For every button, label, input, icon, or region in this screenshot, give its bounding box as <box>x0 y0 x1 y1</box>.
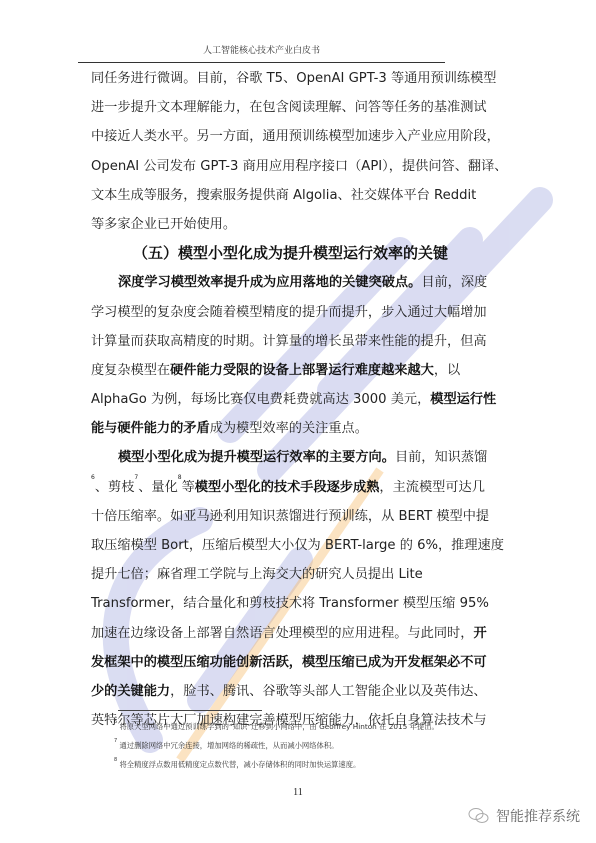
footnote-8: 8 将全精度浮点数用低精度定点数代替，减小存储体积的同时加快运算速度。 <box>114 755 534 774</box>
text-span: 目前，知识蒸馏 <box>395 443 487 472</box>
footnote-number: 6 <box>114 719 117 725</box>
text-line: 取压缩模型 Bort，压缩后模型大小仅为 BERT-large 的 6%，推理速… <box>91 531 506 560</box>
text-line: 6、剪枝7、量化8等模型小型化的技术手段逐步成熟，主流模型可达几 <box>91 473 506 502</box>
emphasis-text: 模型小型化的技术手段逐步成熟 <box>195 473 380 502</box>
footnote-number: 7 <box>114 738 117 744</box>
text-line: 计算量而获取高精度的时期。计算量的增长虽带来性能的提升，但高 <box>91 327 506 356</box>
footnotes: 6 将原大型网络中通过预训练学到的“知识”迁移到小网络中，由 Geoffrey … <box>114 717 534 774</box>
text-span: 、剪枝 <box>95 473 135 502</box>
text-span: 、量化 <box>138 473 178 502</box>
text-span: 加速在边缘设备上部署自然语言处理模型的应用进程。与此同时， <box>91 619 473 648</box>
emphasis-text: 开 <box>473 619 486 648</box>
wechat-account-name: 智能推荐系统 <box>496 806 580 826</box>
text-line: 同任务进行微调。目前，谷歌 T5、OpenAI GPT-3 等通用预训练模型 <box>91 64 506 93</box>
text-line: OpenAI 公司发布 GPT-3 商用应用程序接口（API），提供问答、翻译、 <box>91 152 506 181</box>
text-line: 进一步提升文本理解能力，在包含阅读理解、问答等任务的基准测试 <box>91 93 506 122</box>
text-line: 中接近人类水平。另一方面，通用预训练模型加速步入产业应用阶段， <box>91 122 506 151</box>
text-line: 模型小型化成为提升模型运行效率的主要方向。目前，知识蒸馏 <box>91 443 506 472</box>
text-line: 学习模型的复杂度会随着模型精度的提升而提升，步入通过大幅增加 <box>91 298 506 327</box>
emphasis-text: 深度学习模型效率提升成为应用落地的关键突破点。 <box>118 268 421 297</box>
text-line: 提升七倍；麻省理工学院与上海交大的研究人员提出 Lite <box>91 560 506 589</box>
text-line: 十倍压缩率。如亚马逊利用知识蒸馏进行预训练，从 BERT 模型中提 <box>91 502 506 531</box>
text-line: 少的关键能力，脸书、腾讯、谷歌等头部人工智能企业以及英伟达、 <box>91 677 506 706</box>
footnote-text: 通过删除网络中冗余连接，增加网络的稀疏性，从而减小网络体积。 <box>120 741 339 750</box>
text-span: ，以 <box>434 356 460 385</box>
wechat-watermark: 智能推荐系统 <box>468 806 580 826</box>
text-line: 发框架中的模型压缩功能创新活跃，模型压缩已成为开发框架必不可 <box>91 648 506 677</box>
emphasis-text: 硬件能力受限的设备上部署运行难度越来越大 <box>170 356 434 385</box>
text-span: ，脸书、腾讯、谷歌等头部人工智能企业以及英伟达、 <box>170 677 487 706</box>
footnote-number: 8 <box>114 757 117 763</box>
text-line: 加速在边缘设备上部署自然语言处理模型的应用进程。与此同时，开 <box>91 619 506 648</box>
text-line: 深度学习模型效率提升成为应用落地的关键突破点。目前，深度 <box>91 268 506 297</box>
footnote-7: 7 通过删除网络中冗余连接，增加网络的稀疏性，从而减小网络体积。 <box>114 736 534 755</box>
section-heading: （五）模型小型化成为提升模型运行效率的关键 <box>91 239 506 268</box>
emphasis-text: 少的关键能力 <box>91 677 170 706</box>
footnote-6: 6 将原大型网络中通过预训练学到的“知识”迁移到小网络中，由 Geoffrey … <box>114 717 534 736</box>
text-span: 成为模型效率的关注重点。 <box>210 414 368 443</box>
text-span: AlphaGo 为例，每场比赛仅电费耗费就高达 3000 美元， <box>91 385 430 414</box>
page-number: 11 <box>0 787 596 798</box>
text-span: 度复杂模型在 <box>91 356 170 385</box>
text-line: 度复杂模型在硬件能力受限的设备上部署运行难度越来越大，以 <box>91 356 506 385</box>
text-span: 等 <box>182 473 195 502</box>
text-line: 能与硬件能力的矛盾成为模型效率的关注重点。 <box>91 414 506 443</box>
wechat-icon <box>468 807 490 825</box>
emphasis-text: 能与硬件能力的矛盾 <box>91 414 210 443</box>
text-line: Transformer，结合量化和剪枝技术将 Transformer 模型压缩 … <box>91 589 506 618</box>
footnote-text: 将原大型网络中通过预训练学到的“知识”迁移到小网络中，由 Geoffrey Hi… <box>120 722 439 731</box>
footnote-text: 将全精度浮点数用低精度定点数代替，减小存储体积的同时加快运算速度。 <box>120 760 361 769</box>
emphasis-text: 模型小型化成为提升模型运行效率的主要方向。 <box>118 443 395 472</box>
text-span: 目前，深度 <box>421 268 487 297</box>
text-span: ，主流模型可达几 <box>379 473 485 502</box>
text-line: 文本生成等服务，搜索服务提供商 Algolia、社交媒体平台 Reddit <box>91 181 506 210</box>
text-line: AlphaGo 为例，每场比赛仅电费耗费就高达 3000 美元，模型运行性 <box>91 385 506 414</box>
emphasis-text: 模型运行性 <box>430 385 496 414</box>
text-line: 等多家企业已开始使用。 <box>91 210 506 239</box>
document-body: 同任务进行微调。目前，谷歌 T5、OpenAI GPT-3 等通用预训练模型 进… <box>91 64 506 735</box>
page-header: 人工智能核心技术产业白皮书 <box>78 42 445 63</box>
